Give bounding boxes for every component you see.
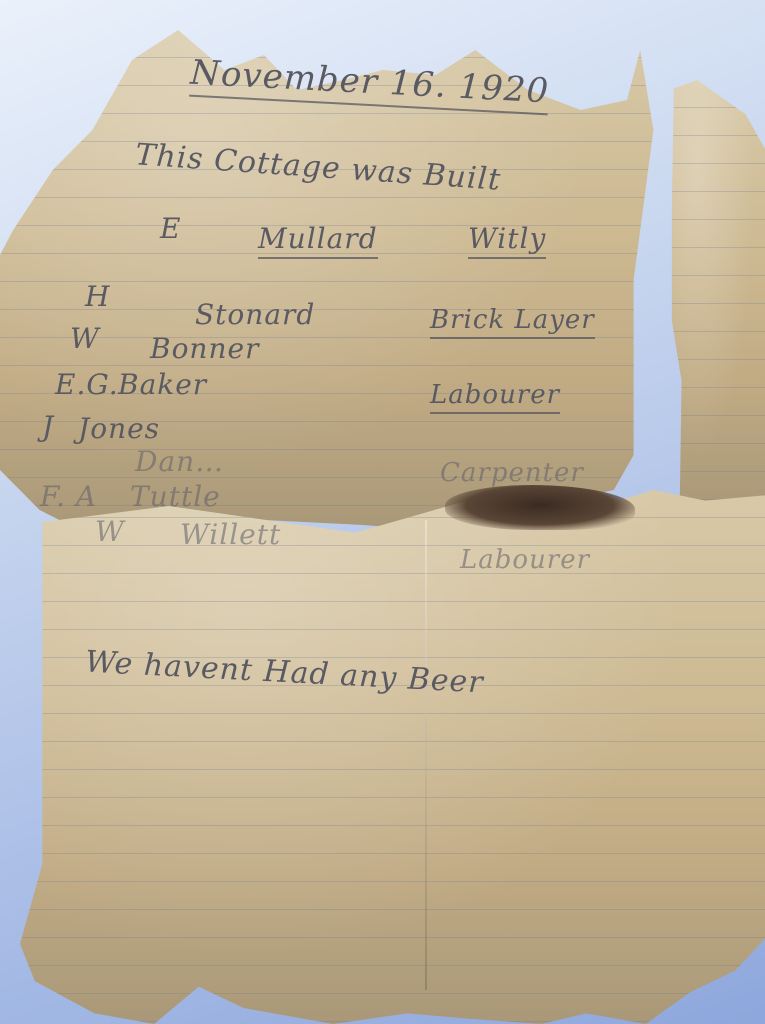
worker-role: Brick Layer — [430, 305, 595, 339]
worker-name: Willett — [180, 518, 281, 551]
worker-name: Baker — [118, 368, 207, 401]
paper-right-strip — [668, 80, 765, 510]
worker-initial: W — [95, 515, 125, 548]
worker-role: Carpenter — [440, 458, 584, 488]
worker-role: Labourer — [460, 545, 590, 575]
worker-initial: F. A — [40, 480, 97, 513]
builder-surname: Mullard — [258, 222, 378, 259]
worker-initial: J — [42, 410, 54, 443]
worker-role: Labourer — [430, 380, 560, 414]
paper-tear — [445, 485, 635, 530]
worker-name: Bonner — [150, 332, 259, 365]
paper-fold-crease — [425, 520, 427, 990]
builder-initial: E — [160, 212, 181, 245]
worker-name: Stonard — [195, 298, 315, 331]
worker-name: Tuttle — [130, 480, 221, 513]
paper-bottom-fragment — [20, 490, 765, 1024]
worker-name: Jones — [78, 412, 160, 445]
worker-initial: H — [85, 280, 110, 313]
builder-place: Witly — [468, 222, 546, 259]
worker-initial: E.G. — [55, 368, 119, 401]
worker-initial: W — [70, 322, 100, 355]
worker-name: Dan… — [135, 445, 224, 478]
